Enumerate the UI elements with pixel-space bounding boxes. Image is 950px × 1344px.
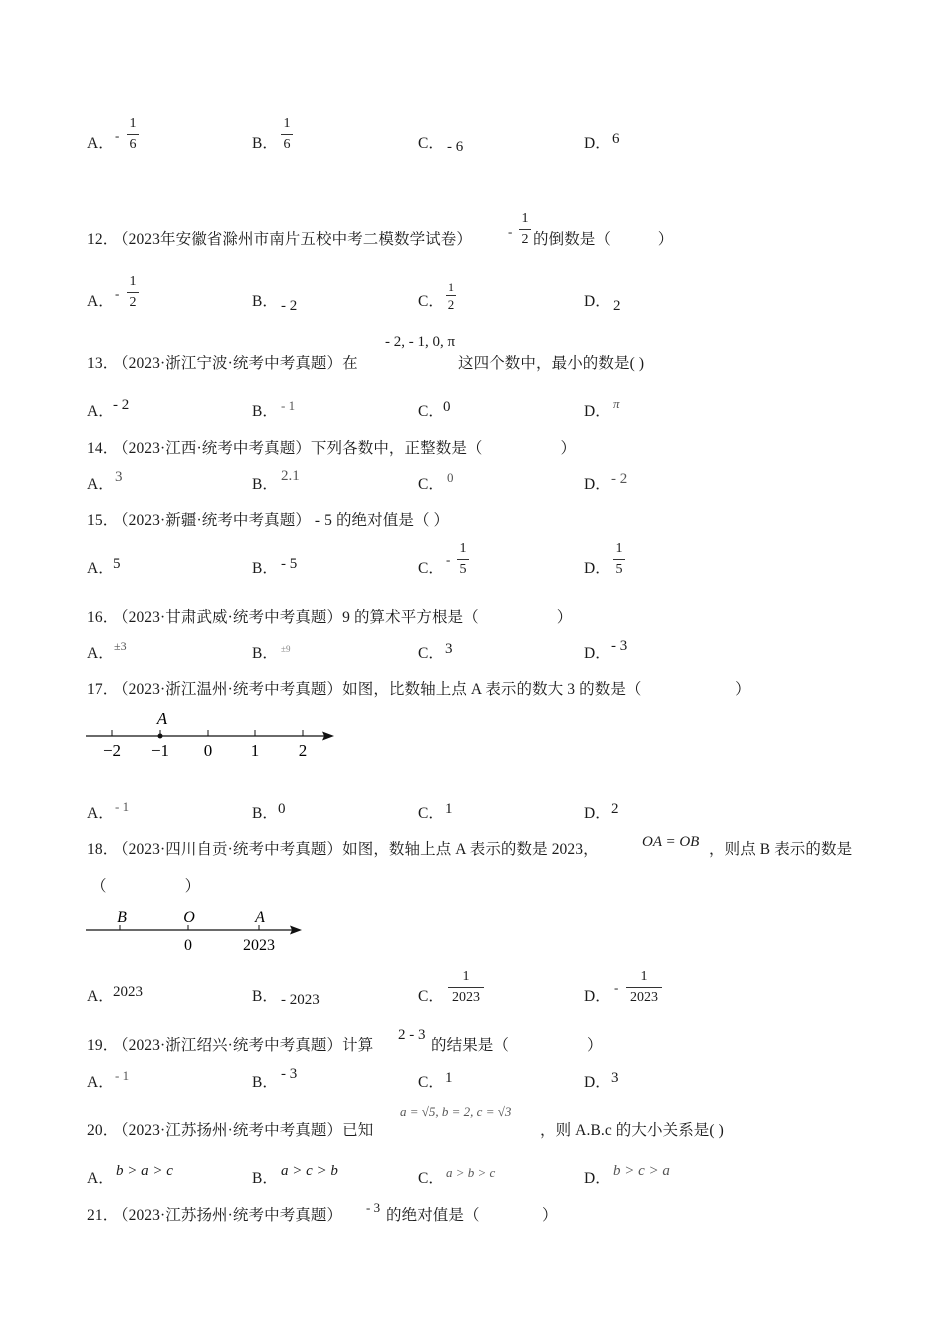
option-letter: D．: [584, 289, 611, 311]
option-c-fraction: 15: [457, 540, 469, 579]
point-a: [158, 734, 163, 739]
option-c-neg: -: [446, 552, 450, 568]
option-letter: A．: [87, 984, 114, 1006]
option-c-value: a > b > c: [446, 1165, 495, 1181]
option-letter: A．: [87, 289, 114, 311]
option-d-fraction: 15: [613, 540, 625, 579]
option-c-value: 1: [445, 801, 453, 818]
option-d-value: 2: [613, 298, 621, 315]
option-letter: B．: [252, 131, 278, 153]
svg-text:O: O: [183, 909, 195, 926]
question-stem: ，则 A.B.c 的大小关系是( ): [540, 1118, 724, 1140]
option-letter: C．: [418, 399, 444, 421]
option-b-value: - 2023: [281, 992, 320, 1009]
option-b-value: - 5: [281, 556, 297, 573]
option-b-value: - 1: [281, 398, 295, 414]
option-letter: D．: [584, 984, 611, 1006]
option-a-value: 3: [115, 469, 123, 486]
option-c-value: 0: [443, 399, 451, 416]
svg-text:1: 1: [251, 741, 260, 760]
question-source: （2023年安徽省滁州市南片五校中考二模数学试卷）: [113, 227, 472, 249]
question-source: （2023·甘肃武威·统考中考真题）9 的算术平方根是（ ）: [113, 605, 572, 627]
option-d-fraction: 12023: [626, 968, 662, 1007]
option-letter: A．: [87, 1166, 114, 1188]
option-letter: A．: [87, 131, 114, 153]
option-a-value: 2023: [113, 984, 143, 1001]
option-a-value: ±3: [114, 639, 127, 654]
option-d-value: b > c > a: [613, 1163, 670, 1180]
option-letter: B．: [252, 1070, 278, 1092]
svg-text:B: B: [117, 909, 127, 926]
option-b-value: - 3: [281, 1066, 297, 1083]
option-letter: B．: [252, 556, 278, 578]
option-letter: B．: [252, 984, 278, 1006]
option-c-fraction: 12023: [448, 968, 484, 1007]
option-letter: D．: [584, 641, 611, 663]
option-letter: B．: [252, 1166, 278, 1188]
option-letter: D．: [584, 1166, 611, 1188]
number-line-figure: B O A 0 2023: [84, 905, 314, 957]
option-letter: D．: [584, 399, 611, 421]
option-letter: C．: [418, 801, 444, 823]
option-letter: D．: [584, 1070, 611, 1092]
option-letter: D．: [584, 556, 611, 578]
option-d-value: 2: [611, 801, 619, 818]
question-source: （2023·新疆·统考中考真题） - 5 的绝对值是（ ）: [113, 508, 449, 530]
question-source: （2023·江西·统考中考真题）下列各数中，正整数是（ ）: [113, 436, 576, 458]
option-letter: C．: [418, 1070, 444, 1092]
option-c-value: - 6: [447, 139, 463, 156]
question-expr: a = √5, b = 2, c = √3: [400, 1104, 511, 1120]
option-letter: A．: [87, 472, 114, 494]
option-c-fraction: 12: [446, 280, 456, 312]
option-a-value: - 1: [115, 1068, 129, 1084]
svg-text:−2: −2: [103, 741, 121, 760]
option-d-value: - 2: [611, 471, 627, 488]
option-letter: C．: [418, 556, 444, 578]
question-expr: - 3: [366, 1200, 380, 1216]
option-d-value: 3: [611, 1070, 619, 1087]
option-c-value: 1: [445, 1070, 453, 1087]
option-letter: B．: [252, 801, 278, 823]
option-b-value: ±9: [281, 644, 290, 654]
option-letter: C．: [418, 472, 444, 494]
option-letter: A．: [87, 801, 114, 823]
option-a-fraction: 12: [127, 273, 139, 312]
option-b-value: 0: [278, 801, 286, 818]
svg-text:A: A: [254, 909, 265, 926]
question-source: （2023·浙江宁波·统考中考真题）在: [113, 351, 358, 373]
option-a-value: b > a > c: [116, 1163, 173, 1180]
question-expr: OA = OB: [642, 834, 699, 851]
question-source: （2023·浙江温州·统考中考真题）如图，比数轴上点 A 表示的数大 3 的数是…: [113, 677, 751, 699]
question-source: （2023·四川自贡·统考中考真题）如图，数轴上点 A 表示的数是 2023，: [113, 837, 599, 859]
question-expr: 2 - 3: [398, 1027, 426, 1044]
option-letter: B．: [252, 641, 278, 663]
svg-text:−1: −1: [151, 741, 169, 760]
question-expr: - 2, - 1, 0, π: [385, 334, 455, 351]
option-a-neg: -: [115, 286, 119, 302]
option-letter: A．: [87, 1070, 114, 1092]
option-d-value: 6: [612, 131, 620, 148]
expr-fraction: 12: [519, 210, 531, 249]
question-source: （2023·江苏扬州·统考中考真题）: [113, 1203, 342, 1225]
option-letter: C．: [418, 984, 444, 1006]
option-letter: C．: [418, 289, 444, 311]
option-b-value: - 2: [281, 298, 297, 315]
option-a-value: - 2: [113, 397, 129, 414]
option-letter: D．: [584, 472, 611, 494]
svg-text:0: 0: [184, 937, 192, 954]
option-c-value: 0: [447, 470, 454, 486]
option-letter: D．: [584, 131, 611, 153]
option-letter: B．: [252, 399, 278, 421]
svg-text:2023: 2023: [243, 937, 275, 954]
option-d-value: - 3: [611, 638, 627, 655]
option-letter: A．: [87, 399, 114, 421]
option-letter: C．: [418, 1166, 444, 1188]
expr-neg: -: [508, 224, 512, 240]
option-letter: A．: [87, 641, 114, 663]
option-letter: C．: [418, 641, 444, 663]
option-letter: C．: [418, 131, 444, 153]
option-letter: B．: [252, 289, 278, 311]
option-a-value: - 1: [115, 799, 129, 815]
question-source: （2023·江苏扬州·统考中考真题）已知: [113, 1118, 373, 1140]
svg-text:A: A: [156, 709, 168, 728]
option-b-value: 2.1: [281, 468, 300, 485]
option-d-value: π: [613, 396, 620, 412]
option-a-fraction: 16: [127, 115, 139, 154]
option-a-value: 5: [113, 556, 121, 573]
svg-text:2: 2: [299, 741, 308, 760]
number-line-figure: A −2 −1 0 1 2: [84, 705, 344, 765]
option-letter: D．: [584, 801, 611, 823]
option-letter: A．: [87, 556, 114, 578]
question-stem: ，则点 B 表示的数是: [709, 837, 852, 859]
question-stem: 的绝对值是（ ）: [386, 1203, 558, 1225]
question-stem: 的倒数是（ ）: [533, 227, 673, 249]
option-a-neg: -: [115, 128, 119, 144]
option-c-value: 3: [445, 641, 453, 658]
question-stem: 的结果是（ ）: [431, 1033, 603, 1055]
svg-text:0: 0: [204, 741, 213, 760]
question-source: （2023·浙江绍兴·统考中考真题）计算: [113, 1033, 373, 1055]
question-stem: 这四个数中，最小的数是( ): [458, 351, 644, 373]
option-letter: B．: [252, 472, 278, 494]
option-d-neg: -: [614, 980, 618, 996]
option-b-value: a > c > b: [281, 1163, 338, 1180]
answer-blank: （ ）: [91, 874, 200, 896]
option-b-fraction: 16: [281, 115, 293, 154]
